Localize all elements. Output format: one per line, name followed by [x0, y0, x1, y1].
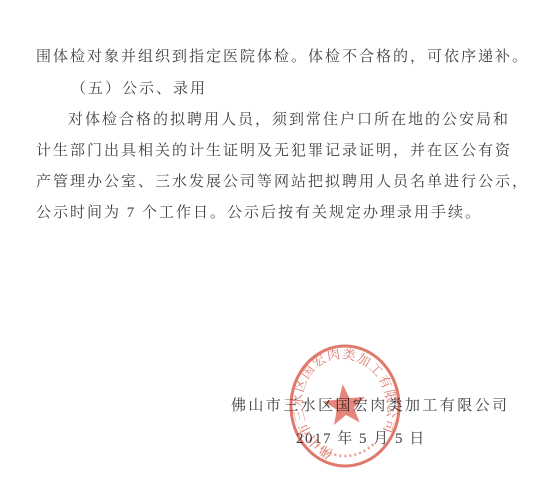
- body-line-3: 对体检合格的拟聘用人员，须到常住户口所在地的公安局和: [68, 112, 510, 128]
- signature-date: 2017 年 5 月 5 日: [296, 427, 426, 448]
- body-line-5: 产管理办公室、三水发展公司等网站把拟聘用人员名单进行公示，: [36, 174, 529, 190]
- body-line-2: （五）公示、录用: [71, 81, 207, 97]
- document-page: 围体检对象并组织到指定医院体检。体检不合格的，可依序递补。 （五）公示、录用 对…: [0, 0, 554, 491]
- body-line-6: 公示时间为 7 个工作日。公示后按有关规定办理录用手续。: [36, 205, 482, 221]
- body-line-1: 围体检对象并组织到指定医院体检。体检不合格的，可依序递补。: [36, 49, 529, 65]
- body-line-4: 计生部门出具相关的计生证明及无犯罪记录证明，并在区公有资: [36, 143, 512, 159]
- signature-company-name: 佛山市三水区国宏肉类加工有限公司: [231, 394, 509, 415]
